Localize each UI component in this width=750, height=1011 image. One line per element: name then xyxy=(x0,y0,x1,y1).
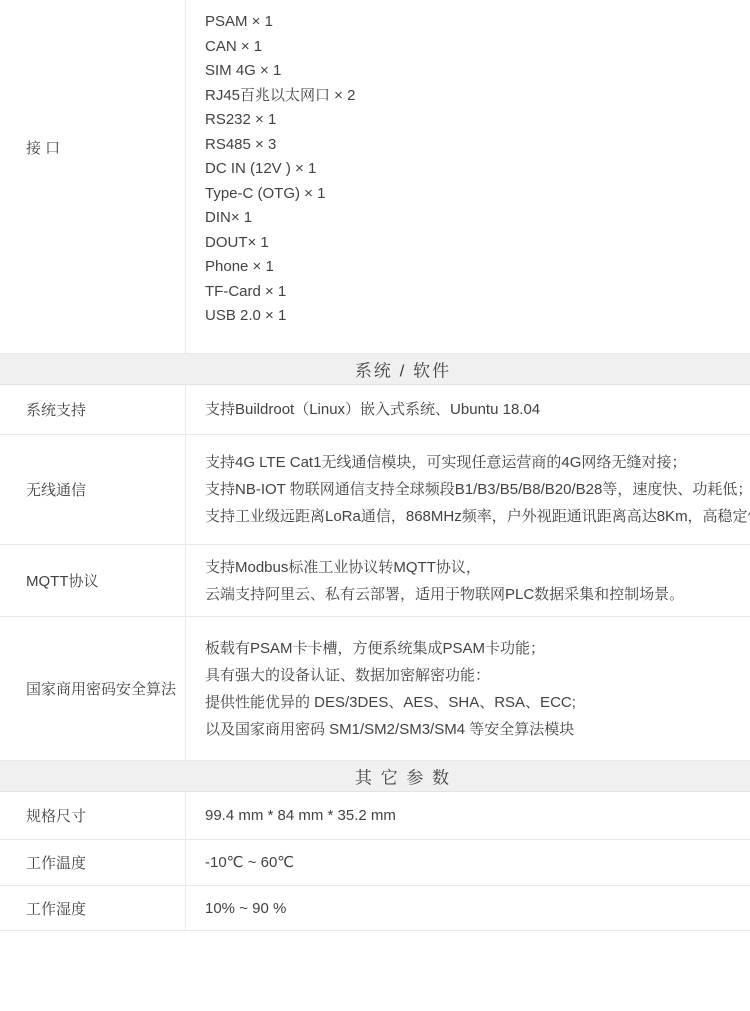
row-interface: 接 口 PSAM × 1 CAN × 1 SIM 4G × 1 RJ45百兆以太… xyxy=(0,0,750,354)
interface-line: Phone × 1 xyxy=(205,255,750,280)
spec-table: 接 口 PSAM × 1 CAN × 1 SIM 4G × 1 RJ45百兆以太… xyxy=(0,0,750,1011)
crypto-content: 板载有PSAM卡卡槽，方便系统集成PSAM卡功能； 具有强大的设备认证、数据加密… xyxy=(186,617,750,760)
row-crypto: 国家商用密码安全算法 板载有PSAM卡卡槽，方便系统集成PSAM卡功能； 具有强… xyxy=(0,617,750,761)
row-mqtt: MQTT协议 支持Modbus标准工业协议转MQTT协议， 云端支持阿里云、私有… xyxy=(0,545,750,617)
temperature-value: -10℃ ~ 60℃ xyxy=(205,849,750,876)
humidity-label: 工作湿度 xyxy=(0,886,186,930)
interface-line: RS232 × 1 xyxy=(205,108,750,133)
crypto-line: 具有强大的设备认证、数据加密解密功能： xyxy=(205,662,750,689)
row-wireless: 无线通信 支持4G LTE Cat1无线通信模块，可实现任意运营商的4G网络无缝… xyxy=(0,435,750,545)
row-temperature: 工作温度 -10℃ ~ 60℃ xyxy=(0,840,750,886)
dimensions-value: 99.4 mm * 84 mm * 35.2 mm xyxy=(205,802,750,829)
row-dimensions: 规格尺寸 99.4 mm * 84 mm * 35.2 mm xyxy=(0,792,750,840)
humidity-content: 10% ~ 90 % xyxy=(186,886,750,930)
section-band-system-software: 系统 / 软件 xyxy=(0,354,750,385)
interface-line: USB 2.0 × 1 xyxy=(205,304,750,329)
wireless-line: 支持4G LTE Cat1无线通信模块，可实现任意运营商的4G网络无缝对接； xyxy=(205,449,750,476)
dimensions-content: 99.4 mm * 84 mm * 35.2 mm xyxy=(186,792,750,839)
interface-line: RS485 × 3 xyxy=(205,133,750,158)
row-system-support: 系统支持 支持Buildroot（Linux）嵌入式系统、Ubuntu 18.0… xyxy=(0,385,750,435)
wireless-line: 支持工业级远距离LoRa通信，868MHz频率，户外视距通讯距离高达8Km，高稳… xyxy=(205,503,750,530)
footer-whitespace xyxy=(0,931,750,1011)
interface-line: PSAM × 1 xyxy=(205,10,750,35)
mqtt-line: 支持Modbus标准工业协议转MQTT协议， xyxy=(205,554,750,581)
interface-list: PSAM × 1 CAN × 1 SIM 4G × 1 RJ45百兆以太网口 ×… xyxy=(186,0,750,353)
temperature-label: 工作温度 xyxy=(0,840,186,885)
humidity-value: 10% ~ 90 % xyxy=(205,895,750,922)
interface-line: CAN × 1 xyxy=(205,35,750,60)
crypto-line: 板载有PSAM卡卡槽，方便系统集成PSAM卡功能； xyxy=(205,635,750,662)
interface-line: TF-Card × 1 xyxy=(205,280,750,305)
system-support-content: 支持Buildroot（Linux）嵌入式系统、Ubuntu 18.04 xyxy=(186,385,750,434)
wireless-content: 支持4G LTE Cat1无线通信模块，可实现任意运营商的4G网络无缝对接； 支… xyxy=(186,435,750,544)
interface-line: Type-C (OTG) × 1 xyxy=(205,182,750,207)
mqtt-content: 支持Modbus标准工业协议转MQTT协议， 云端支持阿里云、私有云部署，适用于… xyxy=(186,545,750,616)
system-support-label: 系统支持 xyxy=(0,385,186,434)
crypto-line: 以及国家商用密码 SM1/SM2/SM3/SM4 等安全算法模块 xyxy=(205,716,750,743)
dimensions-label: 规格尺寸 xyxy=(0,792,186,839)
row-humidity: 工作湿度 10% ~ 90 % xyxy=(0,886,750,931)
crypto-line: 提供性能优异的 DES/3DES、AES、SHA、RSA、ECC; xyxy=(205,689,750,716)
wireless-line: 支持NB-IOT 物联网通信支持全球频段B1/B3/B5/B8/B20/B28等… xyxy=(205,476,750,503)
interface-line: DC IN (12V ) × 1 xyxy=(205,157,750,182)
system-support-line: 支持Buildroot（Linux）嵌入式系统、Ubuntu 18.04 xyxy=(205,396,750,423)
section-band-other-params: 其 它 参 数 xyxy=(0,761,750,792)
interface-line: SIM 4G × 1 xyxy=(205,59,750,84)
mqtt-line: 云端支持阿里云、私有云部署，适用于物联网PLC数据采集和控制场景。 xyxy=(205,581,750,608)
interface-line: DOUT× 1 xyxy=(205,231,750,256)
interface-line: RJ45百兆以太网口 × 2 xyxy=(205,84,750,109)
temperature-content: -10℃ ~ 60℃ xyxy=(186,840,750,885)
crypto-label: 国家商用密码安全算法 xyxy=(0,617,186,760)
interface-line: DIN× 1 xyxy=(205,206,750,231)
interface-label: 接 口 xyxy=(0,0,186,353)
wireless-label: 无线通信 xyxy=(0,435,186,544)
section-band-title: 其 它 参 数 xyxy=(355,764,451,789)
section-band-title: 系统 / 软件 xyxy=(355,357,451,382)
mqtt-label: MQTT协议 xyxy=(0,545,186,616)
